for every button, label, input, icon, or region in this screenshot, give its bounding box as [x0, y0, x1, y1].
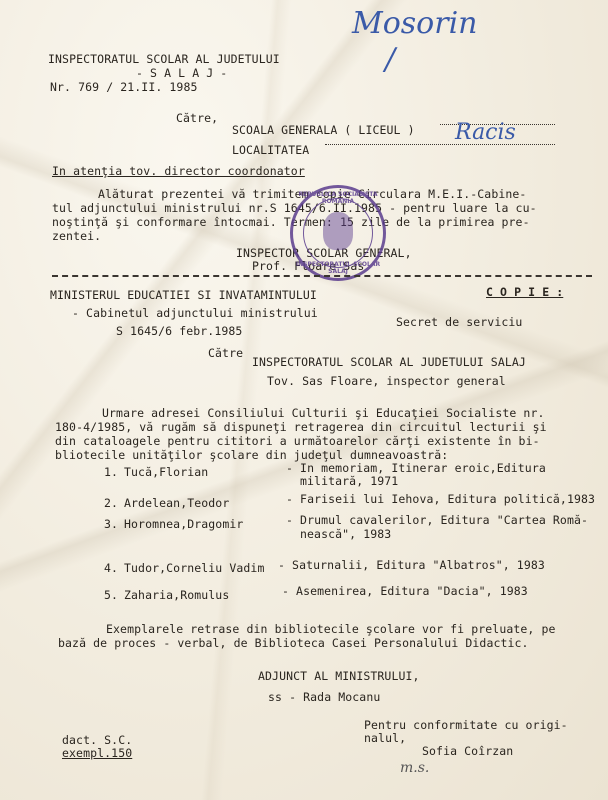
- closing-line-1: Exemplarele retrase din bibliotecile şco…: [106, 622, 556, 636]
- book-author: Tudor,Corneliu Vadim: [124, 561, 264, 575]
- handwritten-stroke: /: [385, 42, 395, 77]
- book-number: 1.: [104, 465, 118, 479]
- classification: Secret de serviciu: [396, 315, 522, 329]
- official-stamp: REPUBLICA SOCIALISTA ROMANIA INSPECTORAT…: [290, 185, 386, 281]
- conformity-line-1: Pentru conformitate cu origi-: [364, 718, 568, 732]
- book-title: - Saturnalii, Editura "Albatros", 1983: [278, 558, 545, 572]
- body-line-2: 180-4/1985, vă rugăm să dispuneţi retrag…: [55, 420, 547, 434]
- book-title-cont: nească", 1983: [300, 527, 391, 541]
- closing-line-2: bază de proces - verbal, de Biblioteca C…: [58, 636, 529, 650]
- locality-field-label: LOCALITATEA: [232, 143, 309, 157]
- book-author: Tucă,Florian: [124, 465, 208, 479]
- copy-to-label: Către: [208, 346, 243, 360]
- ministry-name: MINISTERUL EDUCATIEI SI INVATAMINTULUI: [50, 288, 317, 302]
- locality-field-line: [325, 144, 555, 145]
- cabinet-name: - Cabinetul adjunctului ministrului: [72, 306, 318, 320]
- body-line-1: Urmare adresei Consiliului Culturii şi E…: [102, 406, 545, 420]
- book-number: 5.: [104, 588, 118, 602]
- copy-label: C O P I E :: [486, 285, 563, 299]
- issuer-line1: INSPECTORATUL SCOLAR AL JUDETULUI: [48, 52, 280, 66]
- book-title: - In memoriam, Itinerar eroic,Editura: [286, 461, 546, 475]
- handwritten-locality: Racis: [455, 120, 516, 145]
- copies-count: exempl.150: [62, 746, 132, 760]
- cover-line-4: zentei.: [52, 229, 101, 243]
- body-line-4: bliotecile unităţilor şcolare din judeţu…: [55, 448, 448, 462]
- section-separator: [52, 275, 592, 277]
- deputy-name: ss - Rada Mocanu: [268, 690, 380, 704]
- to-label: Către,: [176, 111, 218, 125]
- book-number: 2.: [104, 496, 118, 510]
- copy-recipient: INSPECTORATUL SCOLAR AL JUDETULUI SALAJ: [252, 355, 526, 369]
- stamp-text-bottom: INSPECTORATUL SCOLAR SALAJ: [293, 261, 383, 275]
- book-author: Ardelean,Teodor: [124, 496, 229, 510]
- body-line-3: din cataloagele pentru cititori a următo…: [55, 434, 540, 448]
- book-number: 4.: [104, 561, 118, 575]
- book-title: - Drumul cavalerilor, Editura "Cartea Ro…: [286, 513, 588, 527]
- deputy-title: ADJUNCT AL MINISTRULUI,: [258, 669, 420, 683]
- book-author: Horomnea,Dragomir: [124, 517, 243, 531]
- book-title-cont: militară, 1971: [300, 474, 398, 488]
- handwritten-note: Mosorin: [352, 6, 478, 41]
- school-field-label: SCOALA GENERALA ( LICEUL ): [232, 123, 415, 137]
- book-author: Zaharia,Romulus: [124, 588, 229, 602]
- conformity-name: Sofia Coîrzan: [422, 744, 513, 758]
- book-number: 3.: [104, 517, 118, 531]
- book-title: - Fariseii lui Iehova, Editura politică,…: [286, 492, 595, 506]
- copy-number: S 1645/6 febr.1985: [116, 324, 242, 338]
- attention-line: In atenţia tov. director coordonator: [52, 164, 305, 178]
- stamp-text-top: REPUBLICA SOCIALISTA ROMANIA: [293, 191, 383, 205]
- copy-recipient-person: Tov. Sas Floare, inspector general: [267, 374, 506, 388]
- issuer-line2: - S A L A J -: [136, 66, 227, 80]
- coat-of-arms-icon: [323, 212, 353, 250]
- handwritten-initials: m.s.: [400, 760, 429, 776]
- conformity-line-2: nalul,: [364, 731, 406, 745]
- typist-note: dact. S.C.: [62, 733, 132, 747]
- reference-number: Nr. 769 / 21.II. 1985: [50, 80, 198, 94]
- book-title: - Asemenirea, Editura "Dacia", 1983: [282, 584, 528, 598]
